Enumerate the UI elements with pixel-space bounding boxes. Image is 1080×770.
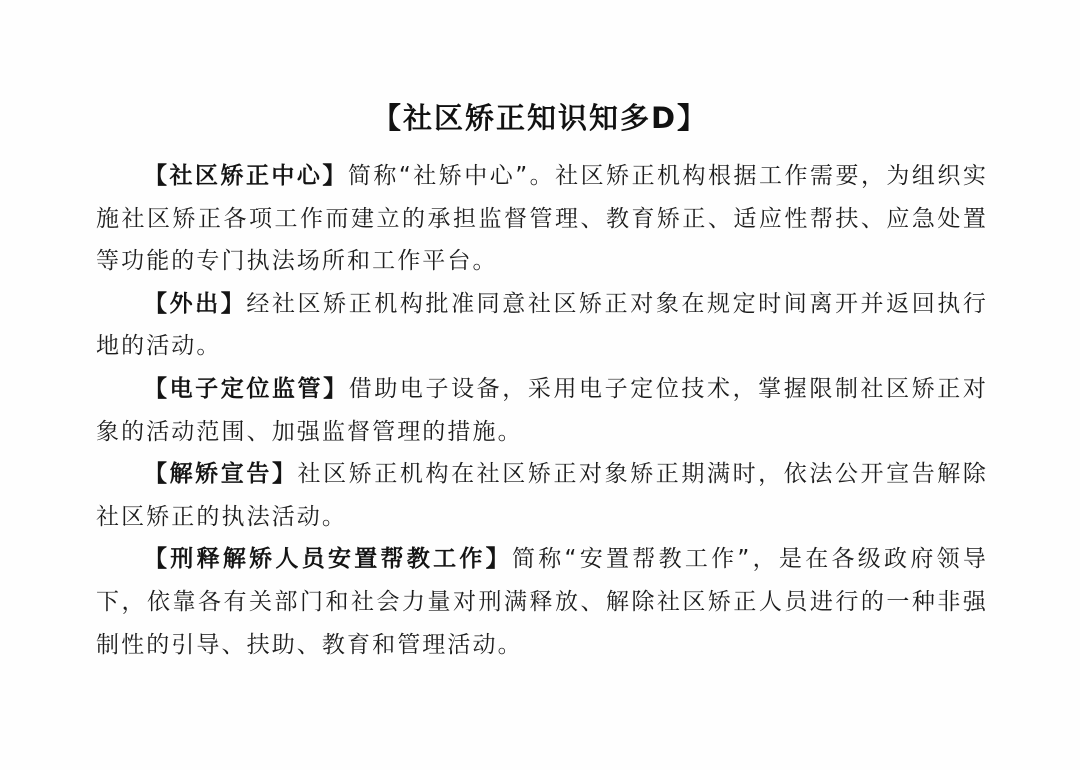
glossary-list: 【社区矫正中心】简称“社矫中心”。社区矫正机构根据工作需要，为组织实施社区矫正各… xyxy=(96,155,988,666)
glossary-entry-resettlement-assistance: 【刑释解矫人员安置帮教工作】简称“安置帮教工作”，是在各级政府领导下，依靠各有关… xyxy=(96,538,988,666)
term-label: 【电子定位监管】 xyxy=(144,376,349,402)
glossary-entry-electronic-monitoring: 【电子定位监管】借助电子设备，采用电子定位技术，掌握限制社区矫正对象的活动范围、… xyxy=(96,368,988,453)
term-label: 【外出】 xyxy=(144,291,246,317)
term-label: 【刑释解矫人员安置帮教工作】 xyxy=(144,546,512,572)
document-page: 【社区矫正知识知多D】 【社区矫正中心】简称“社矫中心”。社区矫正机构根据工作需… xyxy=(0,0,1080,770)
glossary-entry-release-announcement: 【解矫宣告】社区矫正机构在社区矫正对象矫正期满时，依法公开宣告解除社区矫正的执法… xyxy=(96,453,988,538)
document-title: 【社区矫正知识知多D】 xyxy=(0,96,1080,140)
glossary-entry-going-out: 【外出】经社区矫正机构批准同意社区矫正对象在规定时间离开并返回执行地的活动。 xyxy=(96,283,988,368)
term-label: 【解矫宣告】 xyxy=(144,461,298,487)
term-label: 【社区矫正中心】 xyxy=(144,163,348,189)
glossary-entry-correction-center: 【社区矫正中心】简称“社矫中心”。社区矫正机构根据工作需要，为组织实施社区矫正各… xyxy=(96,155,988,283)
